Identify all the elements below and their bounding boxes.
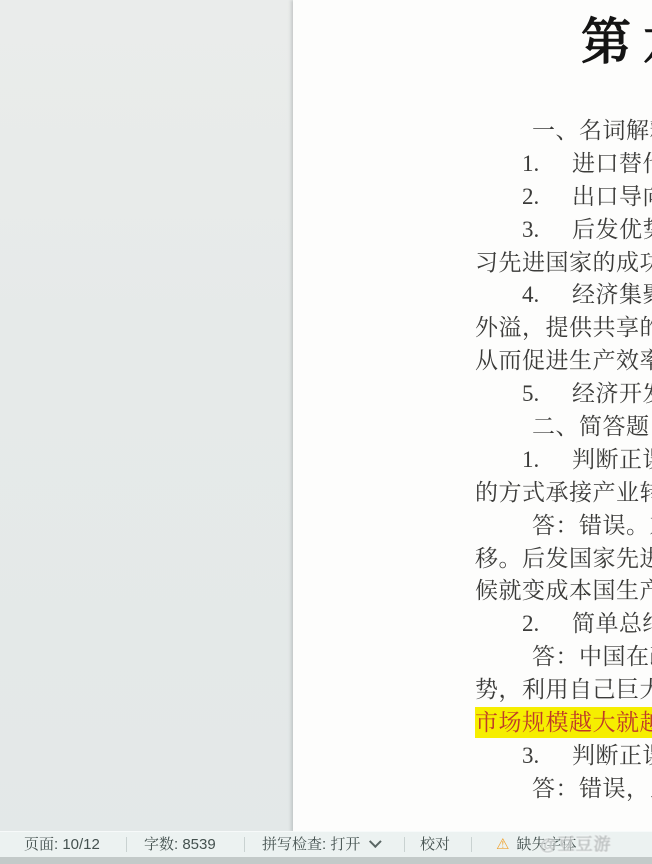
- doc-line-text: 进口替代: [572, 151, 652, 176]
- list-number: 2.: [522, 181, 572, 214]
- doc-line: 2.出口导向: [293, 181, 652, 214]
- spellcheck-toggle[interactable]: 拼写检查: 打开: [262, 832, 377, 857]
- list-number: 3.: [522, 214, 572, 247]
- list-number: 1.: [522, 148, 572, 181]
- doc-line-text: 移。后发国家先进: [475, 546, 652, 571]
- doc-line: 答：中国在改: [293, 641, 652, 674]
- doc-line-text: 习先进国家的成功: [475, 250, 652, 275]
- doc-line: 候就变成本国生产: [293, 575, 652, 608]
- app-window: 第六 一、名词解释1.进口替代2.出口导向3.后发优势习先进国家的成功4.经济集…: [0, 0, 652, 864]
- doc-line-text: 一、名词解释: [532, 118, 652, 143]
- status-separator: [126, 837, 127, 852]
- status-separator: [244, 837, 245, 852]
- proofread-button[interactable]: 校对: [420, 832, 450, 857]
- list-number: 1.: [522, 444, 572, 477]
- doc-line: 4.经济集聚: [293, 279, 652, 312]
- doc-line: 答：错误，虽: [293, 773, 652, 806]
- doc-line: 1.进口替代: [293, 148, 652, 181]
- doc-line-text: 经济开发: [572, 381, 652, 406]
- doc-line: 二、简答题: [293, 411, 652, 444]
- warning-icon: ⚠: [496, 836, 509, 853]
- doc-line: 2.简单总结: [293, 608, 652, 641]
- doc-line-text: 判断正误: [572, 447, 652, 472]
- doc-line-text: 出口导向: [572, 184, 652, 209]
- list-number: 2.: [522, 608, 572, 641]
- doc-line-text: 从而促进生产效率: [475, 348, 652, 373]
- doc-line: 5.经济开发: [293, 378, 652, 411]
- missing-font-label: 缺失字体: [516, 836, 576, 853]
- doc-line-text: 判断正误: [572, 743, 652, 768]
- doc-line: 的方式承接产业转: [293, 477, 652, 510]
- status-bar-inner: 页面: 10/12 字数: 8539 拼写检查: 打开 校对 ⚠缺失字体 @豆豆…: [0, 832, 652, 857]
- doc-line: 1.判断正误: [293, 444, 652, 477]
- list-number: 3.: [522, 740, 572, 773]
- doc-line: 一、名词解释: [293, 115, 652, 148]
- doc-line: 答：错误。东: [293, 510, 652, 543]
- doc-line-text: 答：错误。东: [532, 513, 652, 538]
- doc-line: 势，利用自己巨大: [293, 674, 652, 707]
- doc-line: 移。后发国家先进: [293, 543, 652, 576]
- spellcheck-label: 拼写检查: 打开: [262, 836, 360, 853]
- document-page[interactable]: 第六 一、名词解释1.进口替代2.出口导向3.后发优势习先进国家的成功4.经济集…: [293, 0, 652, 832]
- doc-line: 外溢，提供共享的: [293, 312, 652, 345]
- list-number: 4.: [522, 279, 572, 312]
- doc-line: 3.判断正误: [293, 740, 652, 773]
- doc-line-text: 候就变成本国生产: [475, 578, 652, 603]
- doc-line-text: 外溢，提供共享的: [475, 315, 652, 340]
- doc-line: 习先进国家的成功: [293, 247, 652, 280]
- doc-line: 市场规模越大就越: [293, 707, 652, 740]
- taskbar-strip: [0, 857, 652, 864]
- highlighted-text: 市场规模越大就越: [475, 707, 652, 738]
- doc-line-text: 经济集聚: [572, 282, 652, 307]
- status-separator: [471, 837, 472, 852]
- doc-line-text: 答：中国在改: [532, 644, 652, 669]
- doc-line: 从而促进生产效率: [293, 345, 652, 378]
- doc-line-text: 的方式承接产业转: [475, 480, 652, 505]
- doc-line-text: 后发优势: [572, 217, 652, 242]
- doc-line: 3.后发优势: [293, 214, 652, 247]
- status-bar: 页面: 10/12 字数: 8539 拼写检查: 打开 校对 ⚠缺失字体 @豆豆…: [0, 831, 652, 864]
- status-separator: [404, 837, 405, 852]
- missing-font-warning[interactable]: ⚠缺失字体: [496, 832, 576, 857]
- doc-line-text: 势，利用自己巨大: [475, 677, 652, 702]
- doc-line-text: 答：错误，虽: [532, 776, 652, 801]
- list-number: 5.: [522, 378, 572, 411]
- doc-line-text: 二、简答题: [532, 414, 650, 439]
- document-lines: 一、名词解释1.进口替代2.出口导向3.后发优势习先进国家的成功4.经济集聚外溢…: [293, 115, 652, 806]
- word-count[interactable]: 字数: 8539: [144, 832, 216, 857]
- document-heading: 第六: [581, 2, 652, 74]
- chevron-down-icon: [369, 835, 382, 848]
- doc-line-text: 简单总结: [572, 611, 652, 636]
- page-indicator[interactable]: 页面: 10/12: [24, 832, 100, 857]
